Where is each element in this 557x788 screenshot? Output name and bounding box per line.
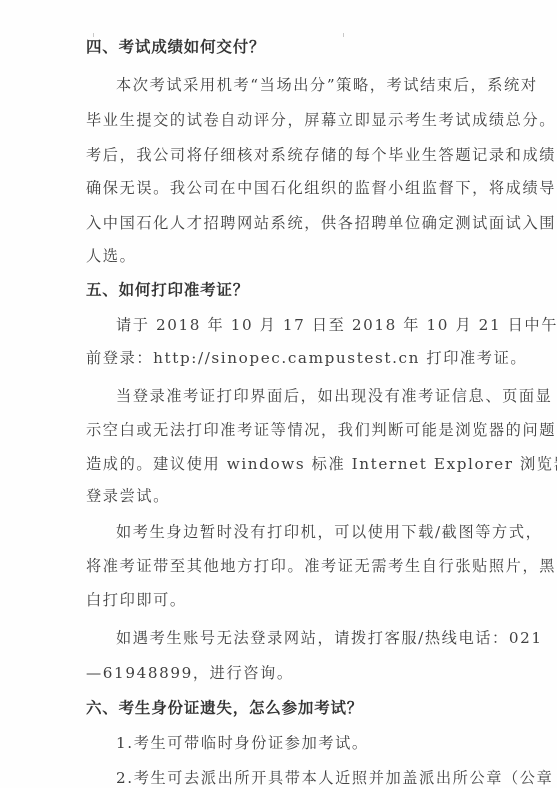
document-page: 四、考试成绩如何交付？ 本次考试采用机考“当场出分”策略，考试结束后，系统对 毕… — [0, 0, 557, 788]
paragraph-line: 示空白或无法打印准考证等情况，我们判断可能是浏览器的问题 — [86, 420, 556, 440]
paragraph-line: 1.考生可带临时身份证参加考试。 — [116, 733, 369, 753]
paragraph-line: 造成的。建议使用 windows 标准 Internet Explorer 浏览… — [86, 454, 557, 474]
paragraph-line: 毕业生提交的试卷自动评分，屏幕立即显示考生考试成绩总分。 — [86, 110, 556, 130]
paragraph-line: 人选。 — [86, 246, 136, 266]
section-heading-5: 五、如何打印准考证？ — [86, 280, 249, 300]
section-heading-6: 六、考生身份证遗失，怎么参加考试？ — [86, 698, 363, 718]
paragraph-line: 如考生身边暂时没有打印机，可以使用下载/截图等方式， — [116, 522, 542, 542]
paragraph-line: 确保无误。我公司在中国石化组织的监督小组监督下，将成绩导 — [86, 178, 556, 198]
paragraph-line: 当登录准考证打印界面后，如出现没有准考证信息、页面显 — [116, 386, 552, 406]
paragraph-line: 前登录：http://sinopec.campustest.cn 打印准考证。 — [86, 348, 527, 368]
paragraph-line: 将准考证带至其他地方打印。准考证无需考生自行张贴照片，黑 — [86, 556, 556, 576]
paragraph-line: 白打印即可。 — [86, 590, 187, 610]
scan-mark — [343, 33, 344, 37]
paragraph-line: 入中国石化人才招聘网站系统，供各招聘单位确定测试面试入围 — [86, 213, 556, 233]
section-heading-4: 四、考试成绩如何交付？ — [86, 37, 265, 57]
paragraph-line: 如遇考生账号无法登录网站，请拨打客服/热线电话：021 — [116, 628, 543, 648]
paragraph-line: 2.考生可去派出所开具带本人近照并加盖派出所公章（公章 — [116, 768, 553, 788]
paragraph-line: 本次考试采用机考“当场出分”策略，考试结束后，系统对 — [116, 75, 538, 95]
paragraph-line: —61948899，进行咨询。 — [86, 663, 294, 683]
paragraph-line: 请于 2018 年 10 月 17 日至 2018 年 10 月 21 日中午 … — [116, 315, 557, 335]
paragraph-line: 登录尝试。 — [86, 486, 170, 506]
paragraph-line: 考后，我公司将仔细核对系统存储的每个毕业生答题记录和成绩， — [86, 145, 557, 165]
